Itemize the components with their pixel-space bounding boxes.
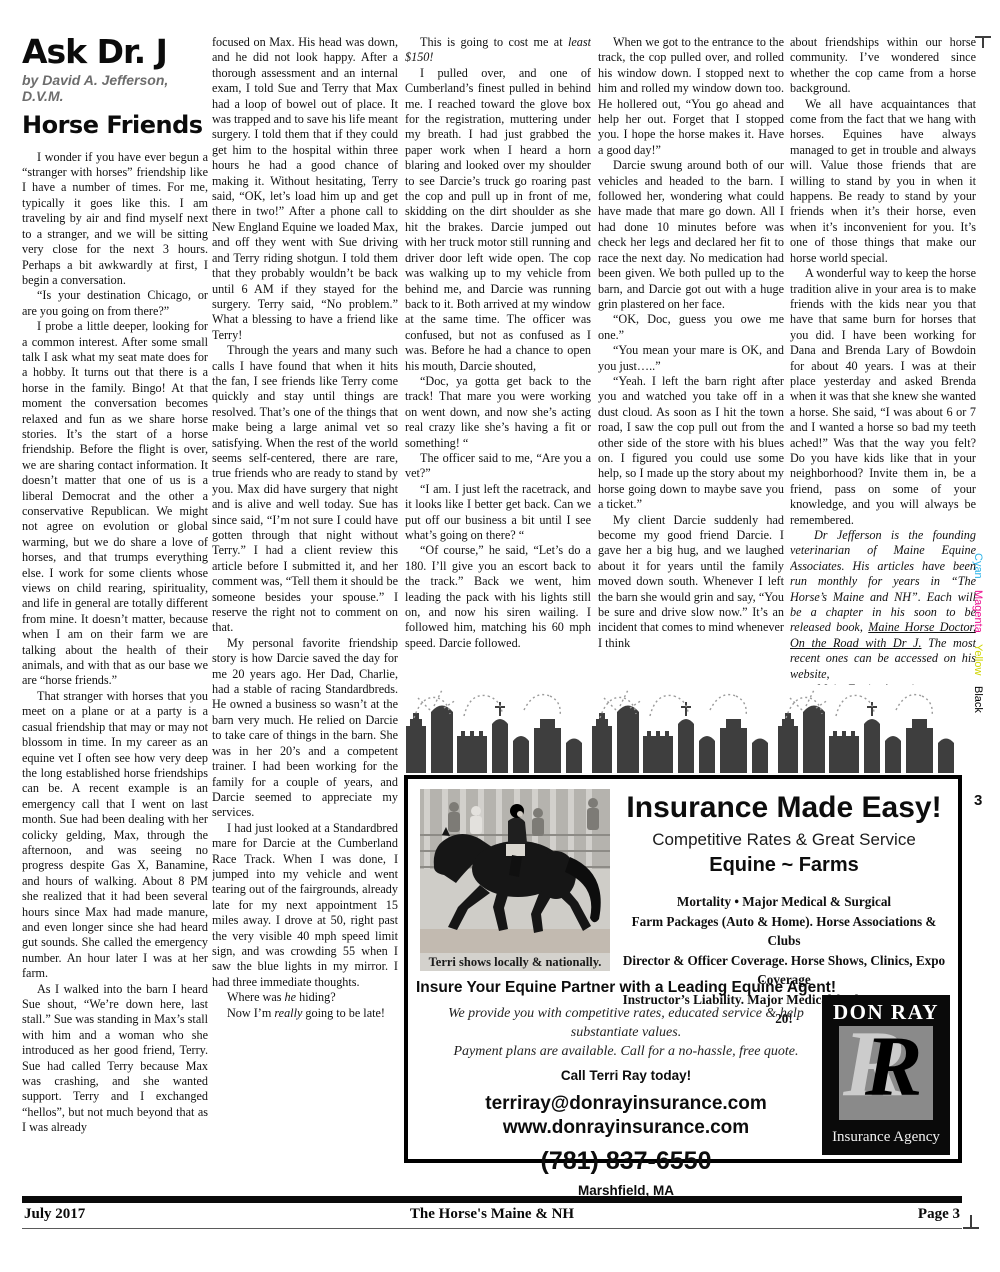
skyline-fireworks-decoration xyxy=(404,686,962,775)
article-paragraph: Darcie swung around both of our vehicles… xyxy=(598,158,784,312)
ad-service-line: Mortality • Major Medical & Surgical xyxy=(614,892,954,912)
article-paragraph: focused on Max. His head was down, and h… xyxy=(212,35,398,343)
article-paragraph: I pulled over, and one of Cumberland’s f… xyxy=(405,66,591,374)
registration-mark-top-icon xyxy=(975,36,991,50)
article-paragraph: “Is your destination Chicago, or are you… xyxy=(22,288,208,319)
article-paragraph: Where was he hiding? xyxy=(212,990,398,1005)
horse-photo-graphic xyxy=(420,789,610,971)
article-paragraph: “I am. I just left the racetrack, and it… xyxy=(405,482,591,544)
article-column-4: When we got to the entrance to the track… xyxy=(598,35,784,683)
article-paragraph: “Doc, ya gotta get back to the track! Th… xyxy=(405,374,591,451)
article-column-1: Ask Dr. J by David A. Jefferson, D.V.M. … xyxy=(22,35,208,1171)
article-paragraph: Now I’m really going to be late! xyxy=(212,1006,398,1021)
article-paragraph: This is going to cost me at least $150! xyxy=(405,35,591,66)
newspaper-page: { "page": { "header": { "title": "Ask Dr… xyxy=(0,0,1000,1272)
insurance-ad: Terri shows locally & nationally. Insura… xyxy=(404,775,962,1163)
ad-script-line: Payment plans are available. Call for a … xyxy=(414,1042,838,1061)
cmyk-magenta-label: Magenta xyxy=(972,590,984,633)
article-title: Horse Friends xyxy=(22,111,208,139)
article-paragraph: Through the years and many such calls I … xyxy=(212,343,398,636)
skyline-graphic xyxy=(404,686,962,775)
article-paragraph: That stranger with horses that you meet … xyxy=(22,689,208,982)
logo-r: R xyxy=(865,1026,922,1116)
footer-rule xyxy=(22,1196,962,1203)
article-paragraph: As I walked into the barn I heard Sue sh… xyxy=(22,982,208,1136)
logo-subtitle: Insurance Agency xyxy=(822,1125,950,1149)
side-page-number: 3 xyxy=(974,792,982,809)
ad-subheadline: Competitive Rates & Great Service xyxy=(614,830,954,850)
ad-script-line: We provide you with competitive rates, e… xyxy=(414,1004,838,1042)
ad-phone: (781) 837-6550 xyxy=(414,1147,838,1176)
cmyk-yellow-label: Yellow xyxy=(972,644,984,675)
article-paragraph: We all have acquaintances that come from… xyxy=(790,97,976,266)
ad-website: www.donrayinsurance.com xyxy=(414,1117,838,1139)
cmyk-cyan-label: Cyan xyxy=(972,553,984,579)
article-column-5: about friendships within our horse commu… xyxy=(790,35,976,685)
article-paragraph: “Of course,” he said, “Let’s do a 180. I… xyxy=(405,543,591,651)
don-ray-logo: DON RAY R R Insurance Agency xyxy=(822,995,950,1155)
ad-contact-block: Insure Your Equine Partner with a Leadin… xyxy=(414,979,838,1198)
footer-publication: The Horse's Maine & NH xyxy=(22,1206,962,1223)
cmyk-color-bar: Cyan Magenta Yellow Black xyxy=(972,553,984,721)
column-byline: by David A. Jefferson, D.V.M. xyxy=(22,72,208,104)
footer: July 2017 The Horse's Maine & NH Page 3 xyxy=(22,1206,962,1226)
article-paragraph: I wonder if you have ever begun a “stran… xyxy=(22,150,208,289)
ad-service-line: Farm Packages (Auto & Home). Horse Assoc… xyxy=(614,912,954,951)
article-paragraph: My personal favorite friendship story is… xyxy=(212,636,398,821)
ad-email: terriray@donrayinsurance.com xyxy=(414,1093,838,1115)
article-paragraph: “Yeah. I left the barn right after you a… xyxy=(598,374,784,513)
article-paragraph: I had just looked at a Standardbred mare… xyxy=(212,821,398,990)
article-paragraph: When we got to the entrance to the track… xyxy=(598,35,784,158)
article-column-3: This is going to cost me at least $150!I… xyxy=(405,35,591,683)
article-paragraph: The officer said to me, “Are you a vet?” xyxy=(405,451,591,482)
cmyk-black-label: Black xyxy=(972,686,984,713)
article-paragraph: about friendships within our horse commu… xyxy=(790,35,976,97)
column-text: I wonder if you have ever begun a “stran… xyxy=(22,150,208,1136)
column-title: Ask Dr. J xyxy=(22,35,208,69)
logo-monogram: R R xyxy=(839,1026,933,1120)
logo-name: DON RAY xyxy=(822,998,950,1026)
ad-equine-farms: Equine ~ Farms xyxy=(614,854,954,877)
ad-tagline: Insure Your Equine Partner with a Leadin… xyxy=(414,979,838,997)
article-paragraph: “OK, Doc, guess you owe me one.” xyxy=(598,312,784,343)
article-column-2: focused on Max. His head was down, and h… xyxy=(212,35,398,1177)
article-paragraph: A wonderful way to keep the horse tradit… xyxy=(790,266,976,528)
footer-thin-rule xyxy=(22,1228,962,1229)
article-paragraph: My client Darcie suddenly had become my … xyxy=(598,513,784,652)
ad-script-text: We provide you with competitive rates, e… xyxy=(414,1004,838,1061)
registration-mark-bottom-icon xyxy=(963,1213,979,1229)
ad-call-to-action: Call Terri Ray today! xyxy=(414,1068,838,1083)
footer-page-number: Page 3 xyxy=(918,1206,960,1223)
article-paragraph: Dr Jefferson is the founding veterinaria… xyxy=(790,528,976,685)
ad-headline: Insurance Made Easy! xyxy=(614,791,954,825)
horse-show-photo: Terri shows locally & nationally. xyxy=(420,789,610,971)
article-paragraph: “You mean your mare is OK, and you just…… xyxy=(598,343,784,374)
article-paragraph: I probe a little deeper, looking for a c… xyxy=(22,319,208,689)
photo-caption: Terri shows locally & nationally. xyxy=(420,953,610,971)
